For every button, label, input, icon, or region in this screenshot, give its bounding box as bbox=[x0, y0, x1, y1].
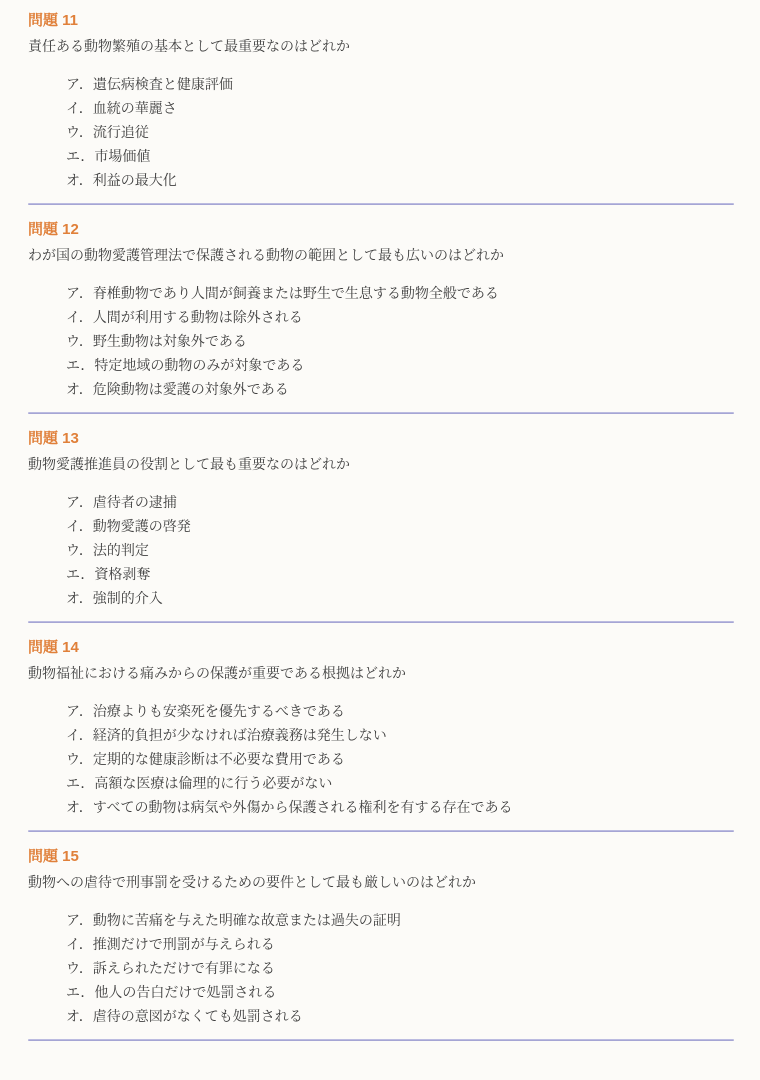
option-text: 遺伝病検査と健康評価 bbox=[93, 74, 734, 98]
question-block-13: 問題 13 動物愛護推進員の役割として最も重要なのはどれか ア． 虐待者の逮捕 … bbox=[28, 430, 734, 623]
option-marker: エ． bbox=[66, 982, 94, 1006]
option-row: ウ． 訴えられただけで有罪になる bbox=[66, 958, 734, 982]
option-marker: ウ． bbox=[66, 540, 93, 564]
option-row: ウ． 定期的な健康診断は不必要な費用である bbox=[66, 749, 734, 773]
option-marker: ア． bbox=[66, 701, 93, 725]
option-row: オ． 強制的介入 bbox=[66, 588, 734, 612]
option-marker: ウ． bbox=[66, 958, 93, 982]
question-text: 責任ある動物繁殖の基本として最重要なのはどれか bbox=[28, 39, 734, 56]
option-text: 定期的な健康診断は不必要な費用である bbox=[93, 749, 734, 773]
option-text: 治療よりも安楽死を優先するべきである bbox=[93, 701, 734, 725]
option-text: 市場価値 bbox=[94, 146, 734, 170]
option-marker: エ． bbox=[66, 773, 94, 797]
option-row: イ． 血統の華麗さ bbox=[66, 98, 734, 122]
option-marker: ア． bbox=[66, 492, 93, 516]
options-list: ア． 遺伝病検査と健康評価 イ． 血統の華麗さ ウ． 流行追従 エ． 市場価値 … bbox=[28, 74, 734, 194]
question-block-15: 問題 15 動物への虐待で刑事罰を受けるための要件として最も厳しいのはどれか ア… bbox=[28, 848, 734, 1041]
option-text: 虐待の意図がなくても処罰される bbox=[93, 1006, 734, 1030]
section-divider bbox=[28, 203, 734, 205]
option-text: 推測だけで刑罰が与えられる bbox=[93, 934, 734, 958]
option-text: 訴えられただけで有罪になる bbox=[93, 958, 734, 982]
option-marker: イ． bbox=[66, 98, 93, 122]
option-row: エ． 特定地域の動物のみが対象である bbox=[66, 355, 734, 379]
question-number: 問題 13 bbox=[28, 430, 734, 447]
question-text: 動物愛護推進員の役割として最も重要なのはどれか bbox=[28, 457, 734, 474]
option-row: エ． 高額な医療は倫理的に行う必要がない bbox=[66, 773, 734, 797]
question-text: 動物福祉における痛みからの保護が重要である根拠はどれか bbox=[28, 666, 734, 683]
question-block-12: 問題 12 わが国の動物愛護管理法で保護される動物の範囲として最も広いのはどれか… bbox=[28, 221, 734, 414]
option-row: ア． 遺伝病検査と健康評価 bbox=[66, 74, 734, 98]
option-text: 経済的負担が少なければ治療義務は発生しない bbox=[93, 725, 734, 749]
option-text: 他人の告白だけで処罰される bbox=[94, 982, 734, 1006]
option-text: 血統の華麗さ bbox=[93, 98, 734, 122]
question-text: わが国の動物愛護管理法で保護される動物の範囲として最も広いのはどれか bbox=[28, 248, 734, 265]
option-row: ア． 虐待者の逮捕 bbox=[66, 492, 734, 516]
exam-page: 問題 11 責任ある動物繁殖の基本として最重要なのはどれか ア． 遺伝病検査と健… bbox=[0, 0, 760, 1080]
question-number: 問題 12 bbox=[28, 221, 734, 238]
question-block-11: 問題 11 責任ある動物繁殖の基本として最重要なのはどれか ア． 遺伝病検査と健… bbox=[28, 12, 734, 205]
option-marker: イ． bbox=[66, 516, 93, 540]
section-divider bbox=[28, 830, 734, 832]
option-marker: オ． bbox=[66, 379, 93, 403]
option-marker: ア． bbox=[66, 910, 93, 934]
question-block-14: 問題 14 動物福祉における痛みからの保護が重要である根拠はどれか ア． 治療よ… bbox=[28, 639, 734, 832]
option-text: 強制的介入 bbox=[93, 588, 734, 612]
option-row: ア． 動物に苦痛を与えた明確な故意または過失の証明 bbox=[66, 910, 734, 934]
option-marker: ウ． bbox=[66, 749, 93, 773]
option-text: 利益の最大化 bbox=[93, 170, 734, 194]
option-marker: エ． bbox=[66, 355, 94, 379]
options-list: ア． 脊椎動物であり人間が飼養または野生で生息する動物全般である イ． 人間が利… bbox=[28, 283, 734, 403]
option-text: 高額な医療は倫理的に行う必要がない bbox=[94, 773, 734, 797]
options-list: ア． 虐待者の逮捕 イ． 動物愛護の啓発 ウ． 法的判定 エ． 資格剥奪 オ． … bbox=[28, 492, 734, 612]
option-marker: オ． bbox=[66, 1006, 93, 1030]
option-marker: ア． bbox=[66, 283, 93, 307]
option-row: イ． 経済的負担が少なければ治療義務は発生しない bbox=[66, 725, 734, 749]
option-row: ア． 治療よりも安楽死を優先するべきである bbox=[66, 701, 734, 725]
question-number: 問題 11 bbox=[28, 12, 734, 29]
option-row: オ． 利益の最大化 bbox=[66, 170, 734, 194]
options-list: ア． 動物に苦痛を与えた明確な故意または過失の証明 イ． 推測だけで刑罰が与えら… bbox=[28, 910, 734, 1030]
option-row: イ． 推測だけで刑罰が与えられる bbox=[66, 934, 734, 958]
option-row: オ． すべての動物は病気や外傷から保護される権利を有する存在である bbox=[66, 797, 734, 821]
option-marker: オ． bbox=[66, 588, 93, 612]
option-marker: ウ． bbox=[66, 331, 93, 355]
option-marker: イ． bbox=[66, 934, 93, 958]
question-text: 動物への虐待で刑事罰を受けるための要件として最も厳しいのはどれか bbox=[28, 875, 734, 892]
option-text: すべての動物は病気や外傷から保護される権利を有する存在である bbox=[93, 797, 734, 821]
option-row: エ． 資格剥奪 bbox=[66, 564, 734, 588]
option-marker: イ． bbox=[66, 725, 93, 749]
option-marker: オ． bbox=[66, 797, 93, 821]
option-row: エ． 他人の告白だけで処罰される bbox=[66, 982, 734, 1006]
question-number: 問題 14 bbox=[28, 639, 734, 656]
option-row: エ． 市場価値 bbox=[66, 146, 734, 170]
option-text: 流行追従 bbox=[93, 122, 734, 146]
option-row: イ． 動物愛護の啓発 bbox=[66, 516, 734, 540]
option-text: 動物に苦痛を与えた明確な故意または過失の証明 bbox=[93, 910, 734, 934]
option-text: 野生動物は対象外である bbox=[93, 331, 734, 355]
option-row: ウ． 野生動物は対象外である bbox=[66, 331, 734, 355]
option-marker: イ． bbox=[66, 307, 93, 331]
option-text: 特定地域の動物のみが対象である bbox=[94, 355, 734, 379]
option-marker: エ． bbox=[66, 146, 94, 170]
option-text: 危険動物は愛護の対象外である bbox=[93, 379, 734, 403]
option-row: イ． 人間が利用する動物は除外される bbox=[66, 307, 734, 331]
section-divider bbox=[28, 412, 734, 414]
question-number: 問題 15 bbox=[28, 848, 734, 865]
option-text: 人間が利用する動物は除外される bbox=[93, 307, 734, 331]
option-text: 資格剥奪 bbox=[94, 564, 734, 588]
option-text: 脊椎動物であり人間が飼養または野生で生息する動物全般である bbox=[93, 283, 734, 307]
option-text: 法的判定 bbox=[93, 540, 734, 564]
option-marker: オ． bbox=[66, 170, 93, 194]
option-text: 動物愛護の啓発 bbox=[93, 516, 734, 540]
option-row: オ． 危険動物は愛護の対象外である bbox=[66, 379, 734, 403]
option-row: オ． 虐待の意図がなくても処罰される bbox=[66, 1006, 734, 1030]
option-marker: ウ． bbox=[66, 122, 93, 146]
option-marker: エ． bbox=[66, 564, 94, 588]
options-list: ア． 治療よりも安楽死を優先するべきである イ． 経済的負担が少なければ治療義務… bbox=[28, 701, 734, 821]
option-row: ア． 脊椎動物であり人間が飼養または野生で生息する動物全般である bbox=[66, 283, 734, 307]
option-marker: ア． bbox=[66, 74, 93, 98]
section-divider bbox=[28, 1039, 734, 1041]
section-divider bbox=[28, 621, 734, 623]
option-text: 虐待者の逮捕 bbox=[93, 492, 734, 516]
option-row: ウ． 法的判定 bbox=[66, 540, 734, 564]
option-row: ウ． 流行追従 bbox=[66, 122, 734, 146]
